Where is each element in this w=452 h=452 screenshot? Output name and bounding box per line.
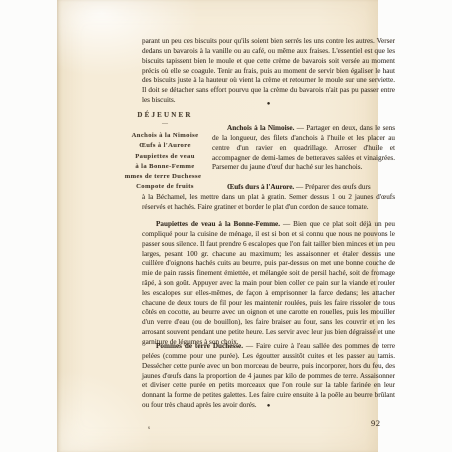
recipe-dash: — — [246, 342, 253, 350]
recipe-title: Anchois à la Nimoise. — [227, 124, 294, 132]
recipe-anchois: Anchois à la Nimoise. — Partager en deux… — [212, 124, 395, 173]
menu-item: Anchois à la Nimoise — [113, 131, 217, 141]
intro-paragraph: parant un peu ces biscuits pour qu'ils s… — [142, 37, 395, 106]
recipe-dash: — — [296, 183, 303, 191]
separator-dot: ● — [142, 101, 395, 107]
recipe-oeufs-continuation: à la Béchamel, les mettre dans un plat à… — [142, 193, 395, 213]
menu-divider: — — [113, 120, 217, 128]
menu-item: Compote de fruits — [113, 182, 217, 192]
menu-sidebar: DÉJEUNER — Anchois à la Nimoise Œufs à l… — [113, 111, 217, 193]
menu-item: Paupiettes de veau — [113, 152, 217, 162]
recipe-paupiettes: Paupiettes de veau à la Bonne-Femme. — B… — [142, 220, 395, 347]
recipe-dash: — — [283, 220, 290, 228]
recipe-title: Œufs durs à l'Aurore. — [227, 183, 294, 191]
recipe-pommes-duchesse: Pommes de terre Duchesse. — Faire cuire … — [142, 342, 395, 411]
book-page: parant un peu ces biscuits pour qu'ils s… — [57, 0, 378, 452]
recipe-title: Pommes de terre Duchesse. — [156, 342, 243, 350]
separator-dot: ● — [142, 403, 395, 409]
menu-title: DÉJEUNER — [113, 111, 217, 119]
recipe-body: Faire cuire à l'eau sallée des pommes de… — [142, 342, 395, 409]
recipe-body: Bien que ce plat soit déjà un peu compli… — [142, 220, 395, 346]
menu-item: à la Bonne-Femme — [113, 162, 217, 172]
signature-mark: s — [148, 426, 150, 431]
page-number: 92 — [371, 418, 381, 428]
recipe-title: Paupiettes de veau à la Bonne-Femme. — [156, 220, 280, 228]
recipe-oeufs-heading-line: Œufs durs à l'Aurore. — Préparer des œuf… — [212, 183, 395, 193]
recipe-body: Préparer des œufs durs — [305, 183, 371, 191]
menu-item: mmes de terre Duchesse — [109, 172, 217, 182]
recipe-dash: — — [297, 124, 304, 132]
scanned-book-page-canvas: parant un peu ces biscuits pour qu'ils s… — [0, 0, 452, 452]
menu-item: Œufs à l'Aurore — [113, 141, 217, 151]
